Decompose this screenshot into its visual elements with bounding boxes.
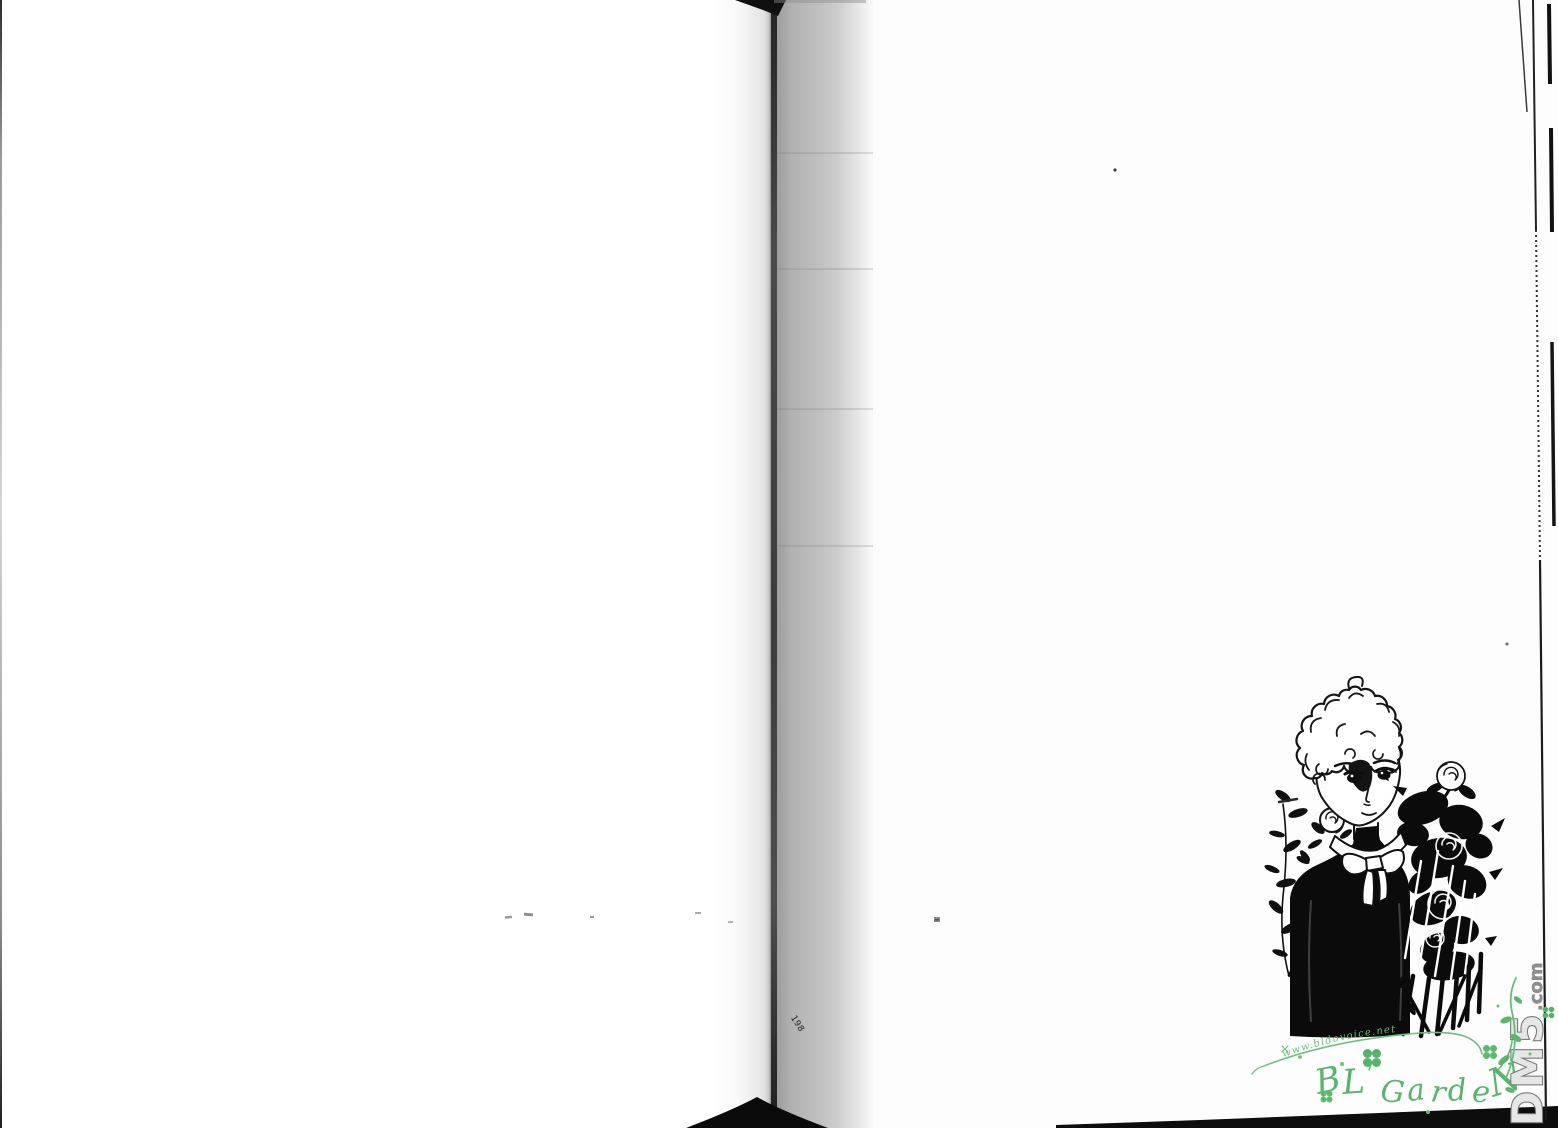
bottom-gutter-wedge — [686, 1097, 828, 1128]
smudge — [505, 916, 512, 919]
watermark-dot — [1298, 1055, 1302, 1059]
watermark-dot — [1426, 1110, 1430, 1114]
speck — [1506, 643, 1509, 646]
smudge — [935, 919, 939, 921]
watermark-group-bl: BL — [1311, 1058, 1367, 1103]
smudge — [524, 913, 533, 917]
right-edge-line-dotted — [1536, 230, 1540, 560]
top-edge-shade — [774, 0, 866, 3]
dm5-watermark-text: DM5.com — [1503, 962, 1552, 1126]
right-edge-hairline — [1519, 0, 1527, 112]
right-edge-dash — [1551, 128, 1552, 232]
right-edge-line — [1533, 0, 1536, 230]
smudge — [590, 916, 594, 918]
smudge — [695, 912, 701, 914]
right-edge-dash — [1552, 342, 1554, 526]
bl-garden-watermark: www.bldovoice.net BL GardeN — [1180, 1000, 1540, 1128]
watermark-swoosh-hook — [1252, 1066, 1264, 1074]
book-scan-spread: 198 — [0, 0, 1558, 1128]
dm5-watermark: DM5.com — [1490, 950, 1558, 1128]
clover-icon — [1363, 1049, 1381, 1070]
speck — [1113, 168, 1116, 171]
smudge — [728, 921, 733, 923]
watermark-dot — [1340, 1062, 1344, 1066]
right-edge-dash — [1549, 4, 1550, 84]
